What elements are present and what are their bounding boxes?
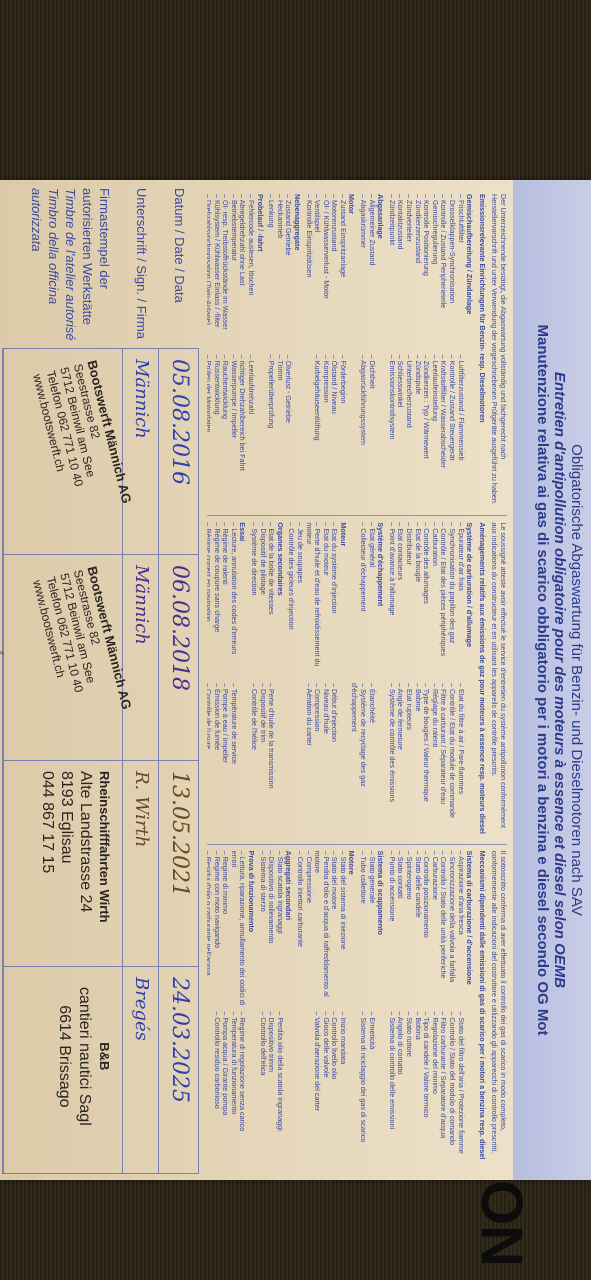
checklist-sections: Gemischaufbereitung / Zündanlage– Frisch… [207,194,473,509]
intro-text: Le soussigné atteste avoir effectué le s… [490,522,507,837]
checklist-item: – Zustand Getriebe [284,194,293,349]
checklist-item: – Leerlaufdrehzahl [246,355,255,510]
checklist-item: – Regime con moto navigando [212,851,221,1006]
signature-area: Datum / Date / Data Unterschrift / Sign.… [4,188,199,1172]
checklist-item: – Controllo / Stato del modulo di comand… [447,1011,456,1166]
checklist-item: – Regolazione del minimo [430,1011,439,1166]
checklist-item: – Point d'avance à l'allumage [387,522,396,677]
section-items: – Lecture, annulation des codes d'erreur… [207,522,238,837]
checklist-item: – Tipo di candele / Valore termico [422,1011,431,1166]
checklist-item: – Stato scatola ingranaggi [275,851,284,1006]
emission-maintenance-form: Obligatorische Abgaswartung für Benzin- … [0,180,591,1180]
checklist-item: – Distributeur [404,522,413,677]
checklist-item: – Système de contrôle des émissions [387,683,396,838]
checklist-item: – Valvola d'aerazione del carter [313,1011,322,1166]
checklist-columns: Der Unterzeichnende bestätigt, die Abgas… [207,188,507,1172]
handwritten-signature: R. Wirth [131,771,152,847]
checklist-item: – Épurateur d'air frais [456,522,465,677]
item-list: – Etat du filtre à air / Pare-flammes– C… [387,683,464,838]
checklist-item: – Gioco delle valvole [321,1011,330,1166]
checklist-item: – Controllo livello olio [330,1011,339,1166]
checklist-item: – Stato delle candele [413,851,422,1006]
checklist-item: – Unterbrecherzustand [404,355,413,510]
stamp-cell: Rheinschifffahrten Wirth Alte Landstrass… [3,761,122,967]
checklist-item: – Allgemeiner Zustand [367,194,376,349]
checklist-item: – Abgasrückführungssystem [359,355,368,510]
checklist-item: – Dichtheit [367,355,376,510]
checklist-item: – Perdita olio della scatola ingranaggi [275,1011,284,1166]
stamp-cell: Bootswerft Männich AG Seestrasse 82 5712… [3,555,122,761]
item-list: – Stato del filtro dell'aria / Protezion… [387,1011,464,1166]
checklist-item: – Temperatura di funzionamento [229,1011,238,1166]
item-list: – Zustand Getriebe– Heckantrieb– Lenkung [267,194,293,349]
checklist-item: – Sistema di controllo delle emissioni [387,1011,396,1166]
column-german: Der Unterzeichnende bestätigt, die Abgas… [207,188,507,516]
checklist-item: – Réglage du ralenti [430,683,439,838]
date-cell: 13.05.2021 [158,761,198,967]
item-list: – Dichtheit– Abgasrückführungssystem [359,355,376,510]
item-list: – Aspirazione d'aria fresca– Sincronizza… [387,851,464,1006]
checklist-item: – Kontrolle / Zustand Peripherieteile [439,194,448,349]
checklist-item: – Aération du carter [304,683,313,838]
checklist-item: – Collecteur d'échappement [359,522,368,677]
section-items: – Frischluftfilter– Drosselklappen-Synch… [387,194,464,509]
date-label: Datum / Date / Data [172,188,187,303]
item-list: – Perdita olio della scatola ingranaggi–… [258,1011,284,1166]
section-items: – Fehlercode auslesen, löschen– Abregeld… [207,194,255,509]
item-list: – Stato scatola ingranaggi– Dispositivo … [258,851,284,1006]
handwritten-date: 13.05.2021 [167,771,192,897]
checklist-item: – Régime correct en navigation [207,522,212,677]
section-title: Sistema di carburazione / d'accensione [465,851,474,1166]
checklist-item: – Controllo posizionamento [422,851,431,1006]
checklist-item: – Ölstand / Niveau [330,355,339,510]
section-title: Essai [238,522,247,837]
checklist-item: – Etat du système d'injection [330,522,339,677]
checklist-item: – Abregeldrehzahl ohne Last [238,194,247,349]
signature-cell: Männich [122,349,158,555]
checklist-item: – Type de bougies / Valeur thermique [422,683,431,838]
handwritten-date: 24.03.2025 [167,977,192,1103]
checklist-item: – Emissionskontrollsystem [387,355,396,510]
item-list: – Perte d'huile de la transmission– Disp… [249,683,275,838]
section-title: Abgasanlage [376,194,385,509]
checklist-item: – Fehlercode auslesen, löschen [246,194,255,349]
intro-text: Der Unterzeichnende bestätigt, die Abgas… [490,194,507,509]
checklist-item: – Lecture, annulation des codes d'erreur… [229,522,238,677]
section-title: Système d'échappement [376,522,385,837]
workshop-stamp: Rheinschifffahrten Wirth Alte Landstrass… [38,771,114,923]
date-cell: 05.08.2016 [158,349,198,555]
section-title: Système de carburation / d'allumage [465,522,474,837]
checklist-item: – Carburation [430,522,439,677]
checklist-item: – Aspirazione d'aria fresca [456,851,465,1006]
intro-subtitle: Aménagements relatifs aux émissions de g… [477,522,486,837]
item-list: – Leerlaufdrehzahl– richtiger Drehzahlbe… [207,355,255,510]
checklist-item: – Système de direction [249,522,258,677]
checklist-item: – Motorenzustand [330,194,339,349]
checklist-item: – Leerlaufeinstellung [430,355,439,510]
stamp-cell: B&B cantieri nautici Sagl 6614 Brissago [3,967,122,1173]
checklist-item: – Regime di minimo [221,851,230,1006]
checklist-item: – Niveau d'huile [321,683,330,838]
checklist-item: – Régime de ralenti [221,522,230,677]
checklist-item: – Étanchéité [367,683,376,838]
checklist-item: – Etat du moteur [321,522,330,677]
checklist-item: – Stato del filtro dell'aria / Protezion… [456,1011,465,1166]
checklist-item: – Dispositivo di sollevamento [267,851,276,1006]
form-header: Obligatorische Abgaswartung für Benzin- … [513,180,591,1180]
checklist-item: – Zündspule [413,355,422,510]
item-list: – Étanchéité– Système de recyclage des g… [350,683,376,838]
intro-subtitle: Emissionsrelevante Einrichtungen für Ben… [477,194,486,509]
checklist-item: – Etat de la bougie [413,522,422,677]
checklist-item: – Angolo di contatto [396,1011,405,1166]
section-title: Gemischaufbereitung / Zündanlage [465,194,474,509]
stamp-label: Firmastempel der autorisierten Werkstätt… [28,188,113,341]
item-list: – Etat du système d'injection– Etat du m… [287,522,339,677]
checklist-item: – Dispositif de pilotage [258,522,267,677]
checklist-item: – Sistema di riciclaggio dei gas di scar… [359,1011,368,1166]
checklist-item: – Zündkerzenzustand [413,194,422,349]
section-items: – Stato generale– Tubo collettore– Ermet… [359,851,376,1166]
checklist-item: – Stato generale [367,851,376,1006]
checklist-item: – Lettura, riparazione, annullamento dei… [229,851,246,1006]
section-title: Prova di funzionamento [246,851,255,1166]
checklist-item: – Stato ruttore [404,1011,413,1166]
intro-text: Il sottoscritto conferma di aver effettu… [490,851,507,1166]
checklist-item: – Controllo residuo carbonioso [212,1011,221,1166]
checklist-item: – Kühlsystem / Kühlwasser Einlass / -fil… [212,194,221,349]
checklist-item: – Controllo dell'elica [258,1011,267,1166]
checklist-item: – Sincronizzazione della valvola a farfa… [447,851,456,1006]
section-title: Nebenaggregate [292,194,301,509]
checklist-item: – Trimm [275,355,284,510]
item-list: – Fehlercode auslesen, löschen– Abregeld… [207,194,255,349]
checklist-item: – Contrôle de l'usure [207,683,212,838]
item-list: – Allgemeiner Zustand– Abgaskrümmer [359,194,376,349]
section-items: – Etat général– Collecteur d'échappement… [350,522,376,837]
section-items: – Allgemeiner Zustand– Abgaskrümmer– Dic… [359,194,376,509]
checklist-item: – Schliesswinkel [396,355,405,510]
item-list: – Etat général– Collecteur d'échappement [350,522,376,677]
section-title: Motor [347,194,356,509]
handwritten-date: 06.08.2018 [167,565,192,691]
section-title: Moteur [338,522,347,837]
checklist-item: – Kurbelgehäuseentlüftung [313,355,322,510]
intro-subtitle: Meccanismi dipendenti dalle emissioni di… [477,851,486,1166]
checklist-item: – Kontrolle Einspritzdüsen [304,194,313,349]
header-title-de: Obligatorische Abgaswartung für Benzin- … [568,180,585,1180]
checklist-item: – Abgaskrümmer [359,194,368,349]
item-list: – Début d'injection– Niveau d'huile– Com… [287,683,339,838]
item-list: – Zustand Einspritzanlage– Motorenzustan… [304,194,347,349]
item-list: – Température de service– Pompe à eau / … [207,683,238,838]
section-items: – Zustand Einspritzanlage– Motorenzustan… [304,194,347,509]
checklist-item: – Drosselklappen-Synchronisation [447,194,456,349]
checklist-item: – Spinterogeno [404,851,413,1006]
item-list: – Épurateur d'air frais– Synchronisation… [387,522,464,677]
checklist-item: – Contrôle de l'hélice [249,683,258,838]
checklist-item: – Perdita d'olio e d'acqua di raffreddam… [313,851,330,1006]
checklist-item: – Propellerüberprüfung [267,355,276,510]
checklist-item: – Température de service [229,683,238,838]
checklist-item: – Perte d'huile de la transmission [267,683,276,838]
signature-cell: Männich [122,555,158,761]
background-lettering: ON [468,1180,535,1267]
checklist-item: – Stato del sistema di iniezione [338,851,347,1006]
header-title-it: Manutenzione relativa ai gas di scarico … [534,180,551,1180]
checklist-item: – Jeu de soupapes [295,522,304,677]
checklist-item: – Contrôle / Etat des pièces périphériqu… [439,522,448,677]
date-cell: 24.03.2025 [158,967,198,1173]
signature-cell: Bregés [122,967,158,1173]
item-list: – Lettura, riparazione, annullamento dei… [207,851,246,1006]
section-title: Aggregati secondari [284,851,293,1166]
section-items: – Aspirazione d'aria fresca– Sincronizza… [387,851,464,1166]
item-list: – Etat de la boîte de vitesses– Disposit… [249,522,275,677]
checklist-item: – Etat du filtre à air / Pare-flammes [456,683,465,838]
checklist-item: – Kontaktzustand [396,194,405,349]
section-title: Organes secondaires [275,522,284,837]
checklist-item: – Compression [313,683,322,838]
checklist-item: – Ermeticità [367,1011,376,1166]
checklist-item: – Punto di accensione [387,851,396,1006]
item-list: – Lecture, annulation des codes d'erreur… [207,522,238,677]
checklist-item: – Régime de coupure sans charge [212,522,221,677]
checklist-item: – Controllo iniettori carburante [295,851,304,1006]
checklist-item: – Frischluftfilter [456,194,465,349]
checklist-item: – Prüfen der Motordaten [207,355,212,510]
checklist-item: – Angle de fermeture [396,683,405,838]
section-items: – Épurateur d'air frais– Synchronisation… [387,522,464,837]
checklist-item: – Synchronisation du papillon des gaz [447,522,456,677]
checklist-item: – Stato contatti [396,851,405,1006]
checklist-item: – Zündzeitpunkt [387,194,396,349]
checklist-item: – Dispositivo trimm [267,1011,276,1166]
checklist-item: – Bobine [413,683,422,838]
checklist-item: – richtiger Drehzahlbereich bei Fahrt [238,355,247,510]
checklist-item: – Inizio mandata [338,1011,347,1166]
checklist-item: – Residui d'olio o carburante nell'acqua [207,851,212,1006]
checklist-item: – Zündkerzen : Typ / Wärmewert [422,355,431,510]
handwritten-signature: Männich [131,565,152,645]
checklist-item: – Stato del motore [330,851,339,1006]
checklist-item: – Öl- resp. Treibstoffrückstände im Wass… [221,194,230,349]
checklist-item: – Sistema di sterzo [258,851,267,1006]
checklist-item: – Filtre à carburant / Séparateur d'eau [439,683,448,838]
item-list: – Stato del sistema di iniezione– Stato … [295,851,347,1006]
checklist-item: – Début d'injection [330,683,339,838]
checklist-sections: Système de carburation / d'allumage– Épu… [207,522,473,837]
checklist-item: – Wasserpumpe / Impeller [229,355,238,510]
checklist-item: – Kontrolle / Zustand Steuergerät [447,355,456,510]
checklist-item: – Carburazione [430,851,439,1006]
checklist-item: – Lenkung [267,194,276,349]
checklist-item: – Zündverteiler [404,194,413,349]
checklist-item: – Émission de fumée [212,683,221,838]
checklist-item: – Förderbeginn [338,355,347,510]
checklist-item: – Bobina [413,1011,422,1166]
checklist-item: – Perte d'huile et d'eau de refroidissem… [304,522,321,677]
checklist-item: – Gemischregulierung [430,194,439,349]
workshop-stamp: B&B cantieri nautici Sagl 6614 Brissago [54,987,114,1126]
checklist-item: – Etat contacteurs [396,522,405,677]
item-list: – Ölverlust - Getriebe– Trimm– Propeller… [267,355,293,510]
section-items: – Zustand Getriebe– Heckantrieb– Lenkung… [267,194,293,509]
checklist-item: – Système de recyclage des gaz d'échappe… [350,683,367,838]
handwritten-signature: Bregés [131,977,152,1041]
signature-label: Unterschrift / Sign. / Firma [134,188,149,339]
column-italian: Il sottoscritto conferma di aver effettu… [207,845,507,1172]
section-items: – Etat du système d'injection– Etat du m… [287,522,339,837]
checklist-item: – Ölverlust - Getriebe [284,355,293,510]
checklist-item: – Pompe à eau / Impeller [221,683,230,838]
handwritten-date: 05.08.2016 [167,359,192,485]
checklist-item: – Kompression [321,355,330,510]
item-list: – Inizio mandata– Controllo livello olio… [295,1011,347,1166]
section-items: – Lettura, riparazione, annullamento dei… [207,851,246,1166]
checklist-item: – Regime di regolazione senza carico [238,1011,247,1166]
checklist-item: – Controllo / Stato delle unità periferi… [439,851,448,1006]
section-title: Probelauf / -fahrt [255,194,264,509]
checklist-item: – Betriebstemperatur [229,194,238,349]
entries-grid: 05.08.2016 06.08.2018 13.05.2021 24.03.2… [2,348,199,1174]
checklist-item: – Filtro carburante / Separatore d'acqua [439,1011,448,1166]
section-items: – Etat de la boîte de vitesses– Disposit… [249,522,275,837]
checklist-item: – Luftfilterzustand / Flammensieb [456,355,465,510]
checklist-item: – Etat de la boîte de vitesses [267,522,276,677]
checklist-item: – Dispositif de trim [258,683,267,838]
checklist-item: – Contrôle des gicleurs d'injection [287,522,296,677]
checklist-item: – Etat général [367,522,376,677]
checklist-item: – Heckantrieb [275,194,284,349]
handwritten-signature: Männich [131,359,152,439]
checklist-item: – Kraftstofffilter / Wasserabscheider [439,355,448,510]
checklist-item: – Etat rupteurs [404,683,413,838]
section-items: – Stato scatola ingranaggi– Dispositivo … [258,851,284,1166]
workshop-stamp: Bootswerft Männich AG Seestrasse 82 5712… [30,359,133,518]
checklist-item: – Tubo collettore [359,851,368,1006]
checklist-item: – Compressione [304,851,313,1006]
item-list: – Luftfilterzustand / Flammensieb– Kontr… [387,355,464,510]
header-title-fr: Entretien d'antipollution obligatoire po… [551,180,568,1180]
page-number: 4 [0,650,5,655]
checklist-item: – Ventilspiel [313,194,322,349]
checklist-item: – Contrôle des allumages [422,522,431,677]
checklist-item: – Kontrolle Positionierung [422,194,431,349]
date-cell: 06.08.2018 [158,555,198,761]
item-list: – Stato generale– Tubo collettore [359,851,376,1006]
stamp-cell: Bootswerft Männich AG Seestrasse 82 5712… [3,349,122,555]
checklist-sections: Sistema di carburazione / d'accensione– … [207,851,473,1166]
section-items: – Stato del sistema di iniezione– Stato … [295,851,347,1166]
checklist-item: – Russentwicklung [212,355,221,510]
checklist-item: – Rauchentwicklung [221,355,230,510]
signature-cell: R. Wirth [122,761,158,967]
section-title: Sistema di scappamento [376,851,385,1166]
section-title: Motore [347,851,356,1166]
workshop-stamp: Bootswerft Männich AG Seestrasse 82 5712… [30,565,133,724]
item-list: – Ermeticità– Sistema di riciclaggio dei… [359,1011,376,1166]
item-list: – Regime di regolazione senza carico– Te… [207,1011,246,1166]
checklist-item: – Zustand Einspritzanlage [338,194,347,349]
checklist-item: – Contrôle / Etat du module de commande [447,683,456,838]
checklist-item: – Pompa acqua / Girante pompa [221,1011,230,1166]
item-list: – Frischluftfilter– Drosselklappen-Synch… [387,194,464,349]
column-french: Le soussigné atteste avoir effectué le s… [207,516,507,844]
item-list: – Förderbeginn– Ölstand / Niveau– Kompre… [304,355,347,510]
checklist-item: – Öl- / Kühlwasserverlust - Motor [321,194,330,349]
